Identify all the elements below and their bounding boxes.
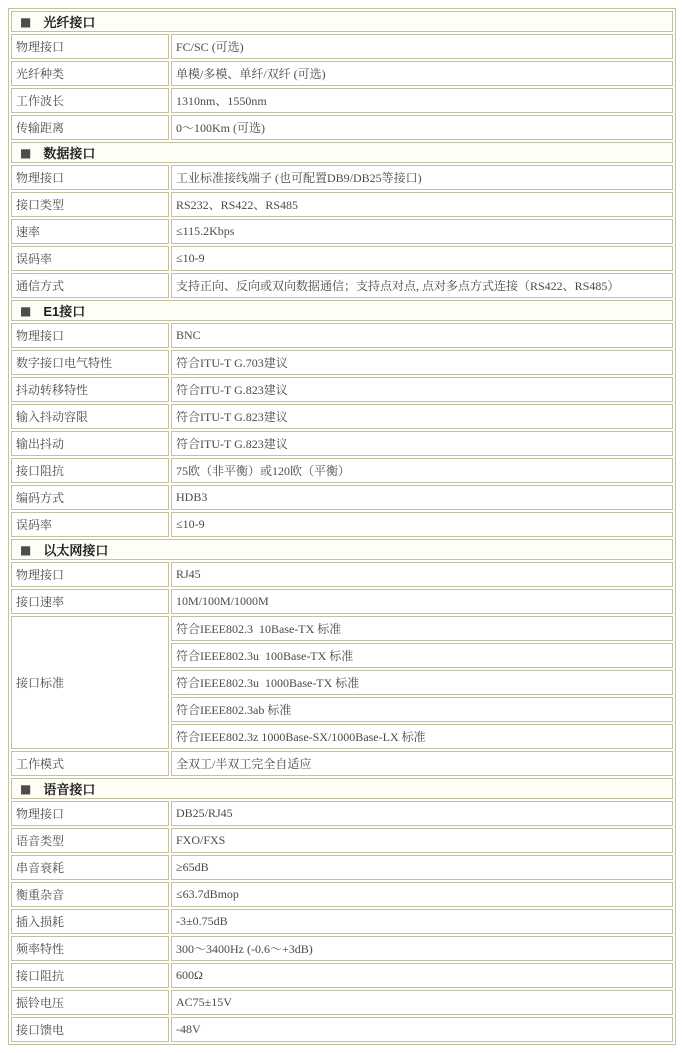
spec-value: 75欧（非平衡）或120欧（平衡） bbox=[171, 458, 673, 483]
spec-value: 全双工/半双工完全自适应 bbox=[171, 751, 673, 776]
spec-label: 接口速率 bbox=[11, 589, 169, 614]
table-row: 物理接口 FC/SC (可选) bbox=[11, 34, 673, 59]
spec-label: 接口阻抗 bbox=[11, 963, 169, 988]
spec-label: 工作波长 bbox=[11, 88, 169, 113]
section-title-text: E1接口 bbox=[43, 304, 85, 319]
section-header-row: ■光纤接口 bbox=[11, 11, 673, 32]
table-row: 数字接口电气特性 符合ITU-T G.703建议 bbox=[11, 350, 673, 375]
table-row: 物理接口 DB25/RJ45 bbox=[11, 801, 673, 826]
table-row: 物理接口 工业标准接线端子 (也可配置DB9/DB25等接口) bbox=[11, 165, 673, 190]
spec-value: 符合IEEE802.3u 100Base-TX 标准 bbox=[171, 643, 673, 668]
spec-value: 符合IEEE802.3 10Base-TX 标准 bbox=[171, 616, 673, 641]
table-row: 振铃电压 AC75±15V bbox=[11, 990, 673, 1015]
section-title: ■光纤接口 bbox=[11, 11, 673, 32]
spec-value: 符合ITU-T G.823建议 bbox=[171, 431, 673, 456]
square-bullet-icon: ■ bbox=[20, 15, 31, 29]
spec-value: 工业标准接线端子 (也可配置DB9/DB25等接口) bbox=[171, 165, 673, 190]
section-header-row: ■E1接口 bbox=[11, 300, 673, 321]
spec-value: DB25/RJ45 bbox=[171, 801, 673, 826]
spec-value: ≤10-9 bbox=[171, 246, 673, 271]
spec-label: 物理接口 bbox=[11, 34, 169, 59]
table-row: 插入损耗 -3±0.75dB bbox=[11, 909, 673, 934]
table-row: 输入抖动容限 符合ITU-T G.823建议 bbox=[11, 404, 673, 429]
section-title-text: 数据接口 bbox=[43, 146, 95, 161]
table-row: 接口阻抗 75欧（非平衡）或120欧（平衡） bbox=[11, 458, 673, 483]
spec-value: 符合IEEE802.3u 1000Base-TX 标准 bbox=[171, 670, 673, 695]
spec-value: RJ45 bbox=[171, 562, 673, 587]
table-row: 光纤种类 单模/多模、单纤/双纤 (可选) bbox=[11, 61, 673, 86]
section-title-text: 以太网接口 bbox=[43, 543, 108, 558]
table-row: 误码率 ≤10-9 bbox=[11, 246, 673, 271]
section-header-row: ■数据接口 bbox=[11, 142, 673, 163]
square-bullet-icon: ■ bbox=[20, 543, 31, 557]
table-row: 工作模式 全双工/半双工完全自适应 bbox=[11, 751, 673, 776]
section-title: ■以太网接口 bbox=[11, 539, 673, 560]
square-bullet-icon: ■ bbox=[20, 782, 31, 796]
spec-value: 1310nm、1550nm bbox=[171, 88, 673, 113]
table-row: 抖动转移特性 符合ITU-T G.823建议 bbox=[11, 377, 673, 402]
table-row: 衡重杂音 ≤63.7dBmop bbox=[11, 882, 673, 907]
spec-table: ■光纤接口 物理接口 FC/SC (可选) 光纤种类 单模/多模、单纤/双纤 (… bbox=[8, 8, 676, 1045]
spec-label: 接口馈电 bbox=[11, 1017, 169, 1042]
table-row: 编码方式 HDB3 bbox=[11, 485, 673, 510]
square-bullet-icon: ■ bbox=[20, 304, 31, 318]
spec-value: HDB3 bbox=[171, 485, 673, 510]
spec-value: ≥65dB bbox=[171, 855, 673, 880]
spec-label: 插入损耗 bbox=[11, 909, 169, 934]
spec-value: RS232、RS422、RS485 bbox=[171, 192, 673, 217]
spec-value: -48V bbox=[171, 1017, 673, 1042]
spec-label: 工作模式 bbox=[11, 751, 169, 776]
spec-value: FXO/FXS bbox=[171, 828, 673, 853]
table-row: 误码率 ≤10-9 bbox=[11, 512, 673, 537]
spec-label: 光纤种类 bbox=[11, 61, 169, 86]
spec-label: 频率特性 bbox=[11, 936, 169, 961]
spec-label: 接口阻抗 bbox=[11, 458, 169, 483]
square-bullet-icon: ■ bbox=[20, 146, 31, 160]
spec-value: AC75±15V bbox=[171, 990, 673, 1015]
spec-value: 0～100Km (可选) bbox=[171, 115, 673, 140]
table-row: 语音类型 FXO/FXS bbox=[11, 828, 673, 853]
spec-label: 编码方式 bbox=[11, 485, 169, 510]
spec-label: 物理接口 bbox=[11, 323, 169, 348]
spec-label: 振铃电压 bbox=[11, 990, 169, 1015]
spec-value: BNC bbox=[171, 323, 673, 348]
spec-value: -3±0.75dB bbox=[171, 909, 673, 934]
spec-value: 符合IEEE802.3ab 标准 bbox=[171, 697, 673, 722]
spec-label: 物理接口 bbox=[11, 562, 169, 587]
section-header-row: ■以太网接口 bbox=[11, 539, 673, 560]
spec-label: 数字接口电气特性 bbox=[11, 350, 169, 375]
table-row: 输出抖动 符合ITU-T G.823建议 bbox=[11, 431, 673, 456]
section-title: ■数据接口 bbox=[11, 142, 673, 163]
spec-label: 物理接口 bbox=[11, 165, 169, 190]
spec-value: 符合ITU-T G.703建议 bbox=[171, 350, 673, 375]
table-row: 频率特性 300～3400Hz (-0.6～+3dB) bbox=[11, 936, 673, 961]
spec-label: 串音衰耗 bbox=[11, 855, 169, 880]
spec-value: 10M/100M/1000M bbox=[171, 589, 673, 614]
spec-value: ≤115.2Kbps bbox=[171, 219, 673, 244]
spec-label: 误码率 bbox=[11, 512, 169, 537]
spec-value: 符合ITU-T G.823建议 bbox=[171, 377, 673, 402]
spec-label: 语音类型 bbox=[11, 828, 169, 853]
spec-label: 接口标准 bbox=[11, 616, 169, 749]
table-row: 工作波长 1310nm、1550nm bbox=[11, 88, 673, 113]
section-title-text: 语音接口 bbox=[43, 782, 95, 797]
table-row: 速率 ≤115.2Kbps bbox=[11, 219, 673, 244]
spec-label: 速率 bbox=[11, 219, 169, 244]
spec-label: 衡重杂音 bbox=[11, 882, 169, 907]
spec-value: 符合ITU-T G.823建议 bbox=[171, 404, 673, 429]
table-row: 传输距离 0～100Km (可选) bbox=[11, 115, 673, 140]
spec-label: 物理接口 bbox=[11, 801, 169, 826]
table-row: 接口阻抗 600Ω bbox=[11, 963, 673, 988]
table-row: 接口馈电 -48V bbox=[11, 1017, 673, 1042]
spec-value: 符合IEEE802.3z 1000Base-SX/1000Base-LX 标准 bbox=[171, 724, 673, 749]
table-row: 物理接口 BNC bbox=[11, 323, 673, 348]
spec-value: 支持正向、反向或双向数据通信；支持点对点, 点对多点方式连接（RS422、RS4… bbox=[171, 273, 673, 298]
section-title: ■E1接口 bbox=[11, 300, 673, 321]
section-header-row: ■语音接口 bbox=[11, 778, 673, 799]
spec-value: ≤63.7dBmop bbox=[171, 882, 673, 907]
section-title-text: 光纤接口 bbox=[43, 15, 95, 30]
table-row: 接口标准 符合IEEE802.3 10Base-TX 标准 bbox=[11, 616, 673, 641]
spec-label: 抖动转移特性 bbox=[11, 377, 169, 402]
table-row: 接口速率 10M/100M/1000M bbox=[11, 589, 673, 614]
spec-label: 通信方式 bbox=[11, 273, 169, 298]
spec-label: 输出抖动 bbox=[11, 431, 169, 456]
table-row: 串音衰耗 ≥65dB bbox=[11, 855, 673, 880]
spec-value: 单模/多模、单纤/双纤 (可选) bbox=[171, 61, 673, 86]
spec-label: 接口类型 bbox=[11, 192, 169, 217]
spec-label: 误码率 bbox=[11, 246, 169, 271]
spec-label: 传输距离 bbox=[11, 115, 169, 140]
spec-label: 输入抖动容限 bbox=[11, 404, 169, 429]
spec-value: ≤10-9 bbox=[171, 512, 673, 537]
spec-value: 300～3400Hz (-0.6～+3dB) bbox=[171, 936, 673, 961]
table-row: 接口类型 RS232、RS422、RS485 bbox=[11, 192, 673, 217]
table-row: 物理接口 RJ45 bbox=[11, 562, 673, 587]
spec-value: FC/SC (可选) bbox=[171, 34, 673, 59]
spec-value: 600Ω bbox=[171, 963, 673, 988]
section-title: ■语音接口 bbox=[11, 778, 673, 799]
table-row: 通信方式 支持正向、反向或双向数据通信；支持点对点, 点对多点方式连接（RS42… bbox=[11, 273, 673, 298]
